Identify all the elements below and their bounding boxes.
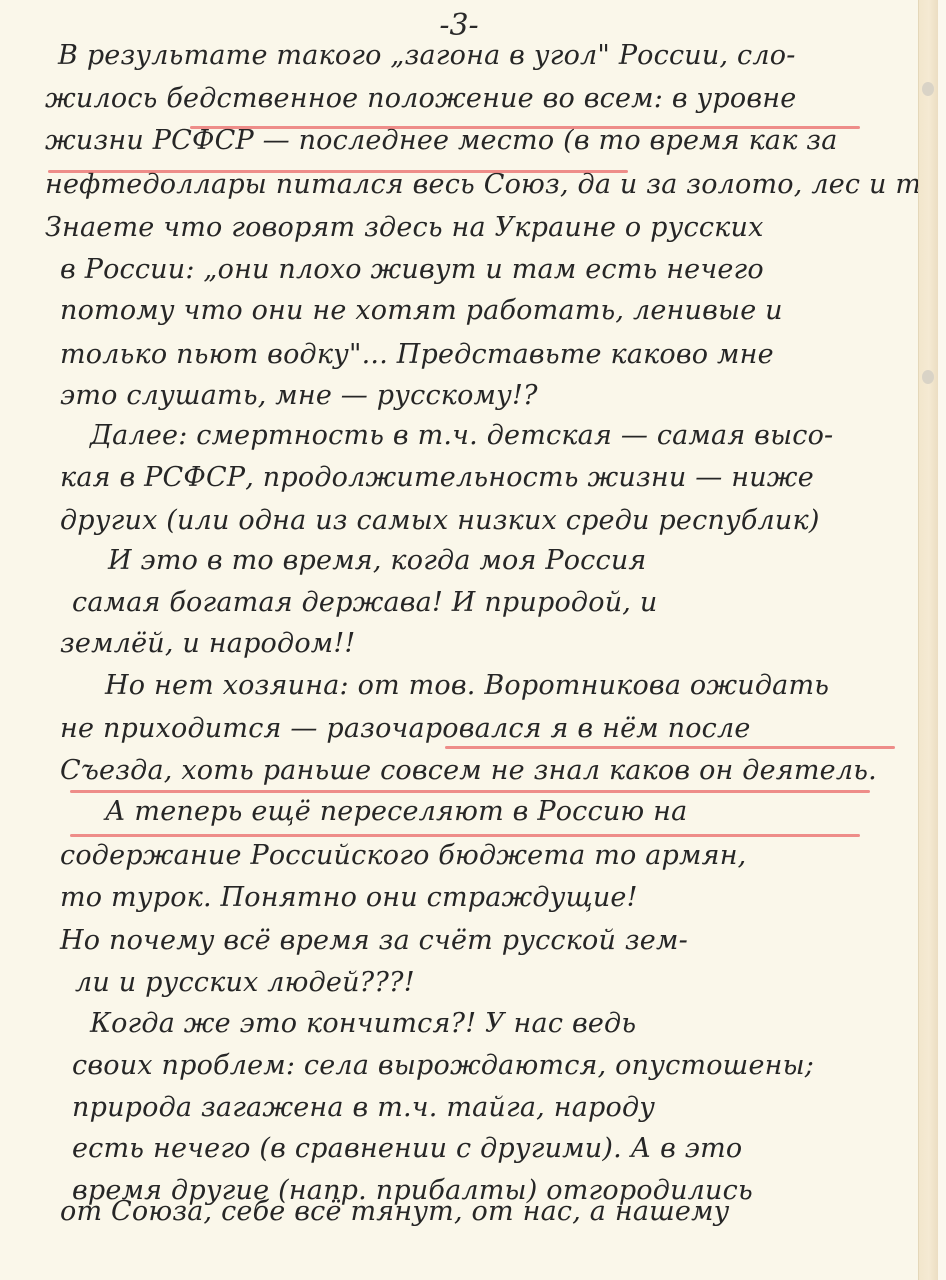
- handwritten-line: Съезда, хоть раньше совсем не знал каков…: [60, 755, 877, 786]
- punch-hole-bottom: [922, 370, 934, 384]
- handwritten-line: содержание Российского бюджета то армян,: [60, 840, 746, 871]
- handwritten-line: Знаете что говорят здесь на Украине о ру…: [45, 212, 764, 243]
- handwritten-line: жизни РСФСР — последнее место (в то врем…: [45, 125, 838, 156]
- handwritten-line: Далее: смертность в т.ч. детская — самая…: [90, 420, 833, 451]
- handwritten-line: в России: „они плохо живут и там есть не…: [60, 254, 764, 285]
- handwritten-line: землёй, и народом!!: [60, 628, 355, 659]
- handwritten-line: Но нет хозяина: от тов. Воротникова ожид…: [105, 670, 829, 701]
- handwritten-line: В результате такого „загона в угол" Росс…: [58, 40, 796, 71]
- handwritten-line: И это в то время, когда моя Россия: [108, 545, 646, 576]
- handwritten-line: ли и русских людей???!: [75, 967, 415, 998]
- handwritten-line: других (или одна из самых низких среди р…: [60, 505, 820, 536]
- handwritten-line: только пьют водку"... Представьте каково…: [60, 339, 774, 370]
- handwritten-line: не приходится — разочаровался я в нём по…: [60, 713, 751, 744]
- handwritten-line: кая в РСФСР, продолжительность жизни — н…: [60, 462, 814, 493]
- handwritten-line: природа загажена в т.ч. тайга, народу: [72, 1092, 655, 1123]
- handwritten-line: жилось бедственное положение во всем: в …: [45, 83, 796, 114]
- handwritten-line: нефтедоллары питался весь Союз, да и за …: [45, 169, 946, 200]
- handwritten-line: Когда же это кончится?! У нас ведь: [90, 1008, 636, 1039]
- page-number: -3-: [0, 8, 918, 43]
- handwritten-line: то турок. Понятно они страждущие!: [60, 882, 638, 913]
- handwritten-line-last: от Союза, себе всё тянут, от нас, а наше…: [60, 1196, 730, 1227]
- binding-edge: [918, 0, 939, 1280]
- punch-hole-top: [922, 82, 934, 96]
- red-underline: [48, 170, 628, 173]
- red-underline: [445, 746, 895, 749]
- handwritten-line: есть нечего (в сравнении с другими). А в…: [72, 1133, 742, 1164]
- letter-page: -3- В результате такого „загона в угол" …: [0, 0, 918, 1280]
- handwritten-line: потому что они не хотят работать, ленивы…: [60, 295, 783, 326]
- handwritten-line: самая богатая держава! И природой, и: [72, 587, 657, 618]
- handwritten-line: Но почему всё время за счёт русской зем-: [60, 925, 688, 956]
- handwritten-line: А теперь ещё переселяют в Россию на: [105, 796, 687, 827]
- handwritten-line: своих проблем: села вырождаются, опустош…: [72, 1050, 814, 1081]
- red-underline: [190, 126, 860, 129]
- handwritten-line: это слушать, мне — русскому!?: [60, 380, 538, 411]
- page-edge-shadow: [938, 0, 946, 1280]
- red-underline: [70, 834, 860, 837]
- red-underline: [70, 790, 870, 793]
